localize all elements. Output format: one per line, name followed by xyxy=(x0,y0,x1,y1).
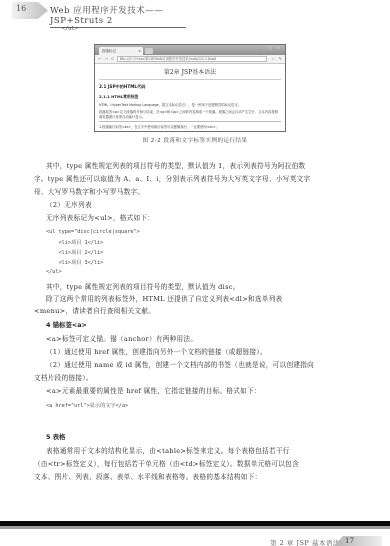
wrench-icon: ✎ xyxy=(279,56,282,61)
browser-section-heading: 2.1 JSP中的HTML代码 xyxy=(99,84,281,90)
browser-paragraph: HTML（HyperText Markup Language，超文本标记语言），… xyxy=(99,103,281,107)
paragraph-line: 其中，type 属性规定列表的项目符号的类型，默认值为 1，表示列表符号为阿拉伯… xyxy=(46,160,305,170)
figure-browser-screenshot: 段落标记 × – □ × ← → C file:///C:/Users/第2章/… xyxy=(94,44,286,132)
browser-toolbar: ← → C file:///C:/Users/第2章/Web应用程序开发技术/c… xyxy=(95,55,285,64)
code-line: <a href="url">显示的文字</a> xyxy=(46,402,128,409)
code-line: <li>项目 3</li> xyxy=(46,259,103,266)
code-line: <li>项目 1</li> xyxy=(46,239,103,246)
code-line: <ul type="disc|circle|square"> xyxy=(46,229,140,235)
paragraph-line: 无序列表标记为<ul>，格式如下： xyxy=(46,212,154,222)
address-bar: file:///C:/Users/第2章/Web应用程序开发技术/code/2/… xyxy=(117,56,267,62)
window-controls-icon: – □ × xyxy=(262,46,282,50)
paragraph-line: 表格通常用于文本的结构化显示，由<table>标签来定义。每个表格包括若干行 xyxy=(46,445,290,455)
next-page-number: 17 xyxy=(345,537,354,545)
browser-titlebar: 段落标记 × – □ × xyxy=(95,45,285,55)
browser-page-heading: 第2章 JSP基本语法 xyxy=(99,67,281,80)
figure-caption: 图 2-2 段落和文字标签实例的运行结果 xyxy=(0,136,390,144)
paragraph-line: 除了这两个常用的列表标签外，HTML 还提供了自定义列表<dl>和选单列表 xyxy=(46,293,282,303)
code-line: </ul> xyxy=(46,269,62,275)
browser-tab-label: 段落标记 xyxy=(102,49,116,53)
star-icon: ☆ xyxy=(271,56,275,61)
paragraph-line: （由<tr>标签定义），每行包括若干单元格（由<td>标签定义）。数据单元格可以… xyxy=(34,458,299,468)
browser-content: 第2章 JSP基本语法 2.1 JSP中的HTML代码 2.1.1 HTML常用… xyxy=(95,67,285,132)
new-tab-icon xyxy=(145,48,153,54)
paragraph-line: 字。type 属性还可以取值为 A、a、I、i，分别表示列表符号为大写英文字母、… xyxy=(34,173,310,183)
paragraph-line: <a>标签可定义锚。锚（anchor）有两种用法。 xyxy=(46,333,197,343)
browser-paragraph: 1.段落换行标签<br>，在文字中使用换行标签可以强制换行，一定要使用<br>。 xyxy=(99,125,281,129)
paragraph-line: （1）通过使用 href 属性，创建指向另外一个文档的链接（或超链接）。 xyxy=(46,346,267,356)
page-number: 16 xyxy=(16,4,26,13)
paragraph-line: 母、大写罗马数字和小写罗马数字。 xyxy=(34,186,144,196)
browser-divider xyxy=(99,121,281,122)
next-page-chapter: 第 2 章 JSP 基本语法 xyxy=(270,538,340,546)
paragraph-line: （2）通过使用 name 或 id 属性，创建一个文档内部的书签（也就是说，可以… xyxy=(46,359,314,369)
book-title: Web 应用程序开发技术——JSP+Struts 2 xyxy=(50,4,186,28)
code-ol-close: </ol> xyxy=(62,26,78,32)
page-divider-gray xyxy=(0,526,390,529)
page-header: 16 Web 应用程序开发技术——JSP+Struts 2 xyxy=(0,2,390,20)
browser-tab: 段落标记 × xyxy=(99,47,143,55)
paragraph-line: <a>元素最重要的属性是 href 属性，它指定链接的目标。格式如下： xyxy=(46,385,261,395)
paragraph-line: 文档片段的链接）。 xyxy=(34,372,93,382)
close-icon: × xyxy=(138,47,141,55)
code-line: <li>项目 2</li> xyxy=(46,249,103,256)
paragraph-line: 其中，type 属性规定列表的项目符号的类型，默认值为 disc。 xyxy=(46,281,240,291)
section-heading-table: 5 表格 xyxy=(46,432,65,441)
paragraph-line: <menu>，请读者自行查阅相关文献。 xyxy=(34,305,155,315)
browser-subsection-heading: 2.1.1 HTML常用标签 xyxy=(99,94,281,100)
book-page: 16 Web 应用程序开发技术——JSP+Struts 2 </ol> 段落标记… xyxy=(0,0,390,546)
browser-paragraph: 段落标签<p>定义段落的开始与结束，在<p>和</p>之间的内容构成一个段落。段… xyxy=(99,110,281,119)
section-heading-anchor: 4 锚标签<a> xyxy=(46,320,87,329)
paragraph-line: 文本、图片、列表、段落、表单、水平线和表格等。表格的基本结构如下： xyxy=(34,471,262,481)
section-heading-unordered: （2）无序列表 xyxy=(46,199,92,209)
nav-arrows-icon: ← → C xyxy=(98,56,115,61)
